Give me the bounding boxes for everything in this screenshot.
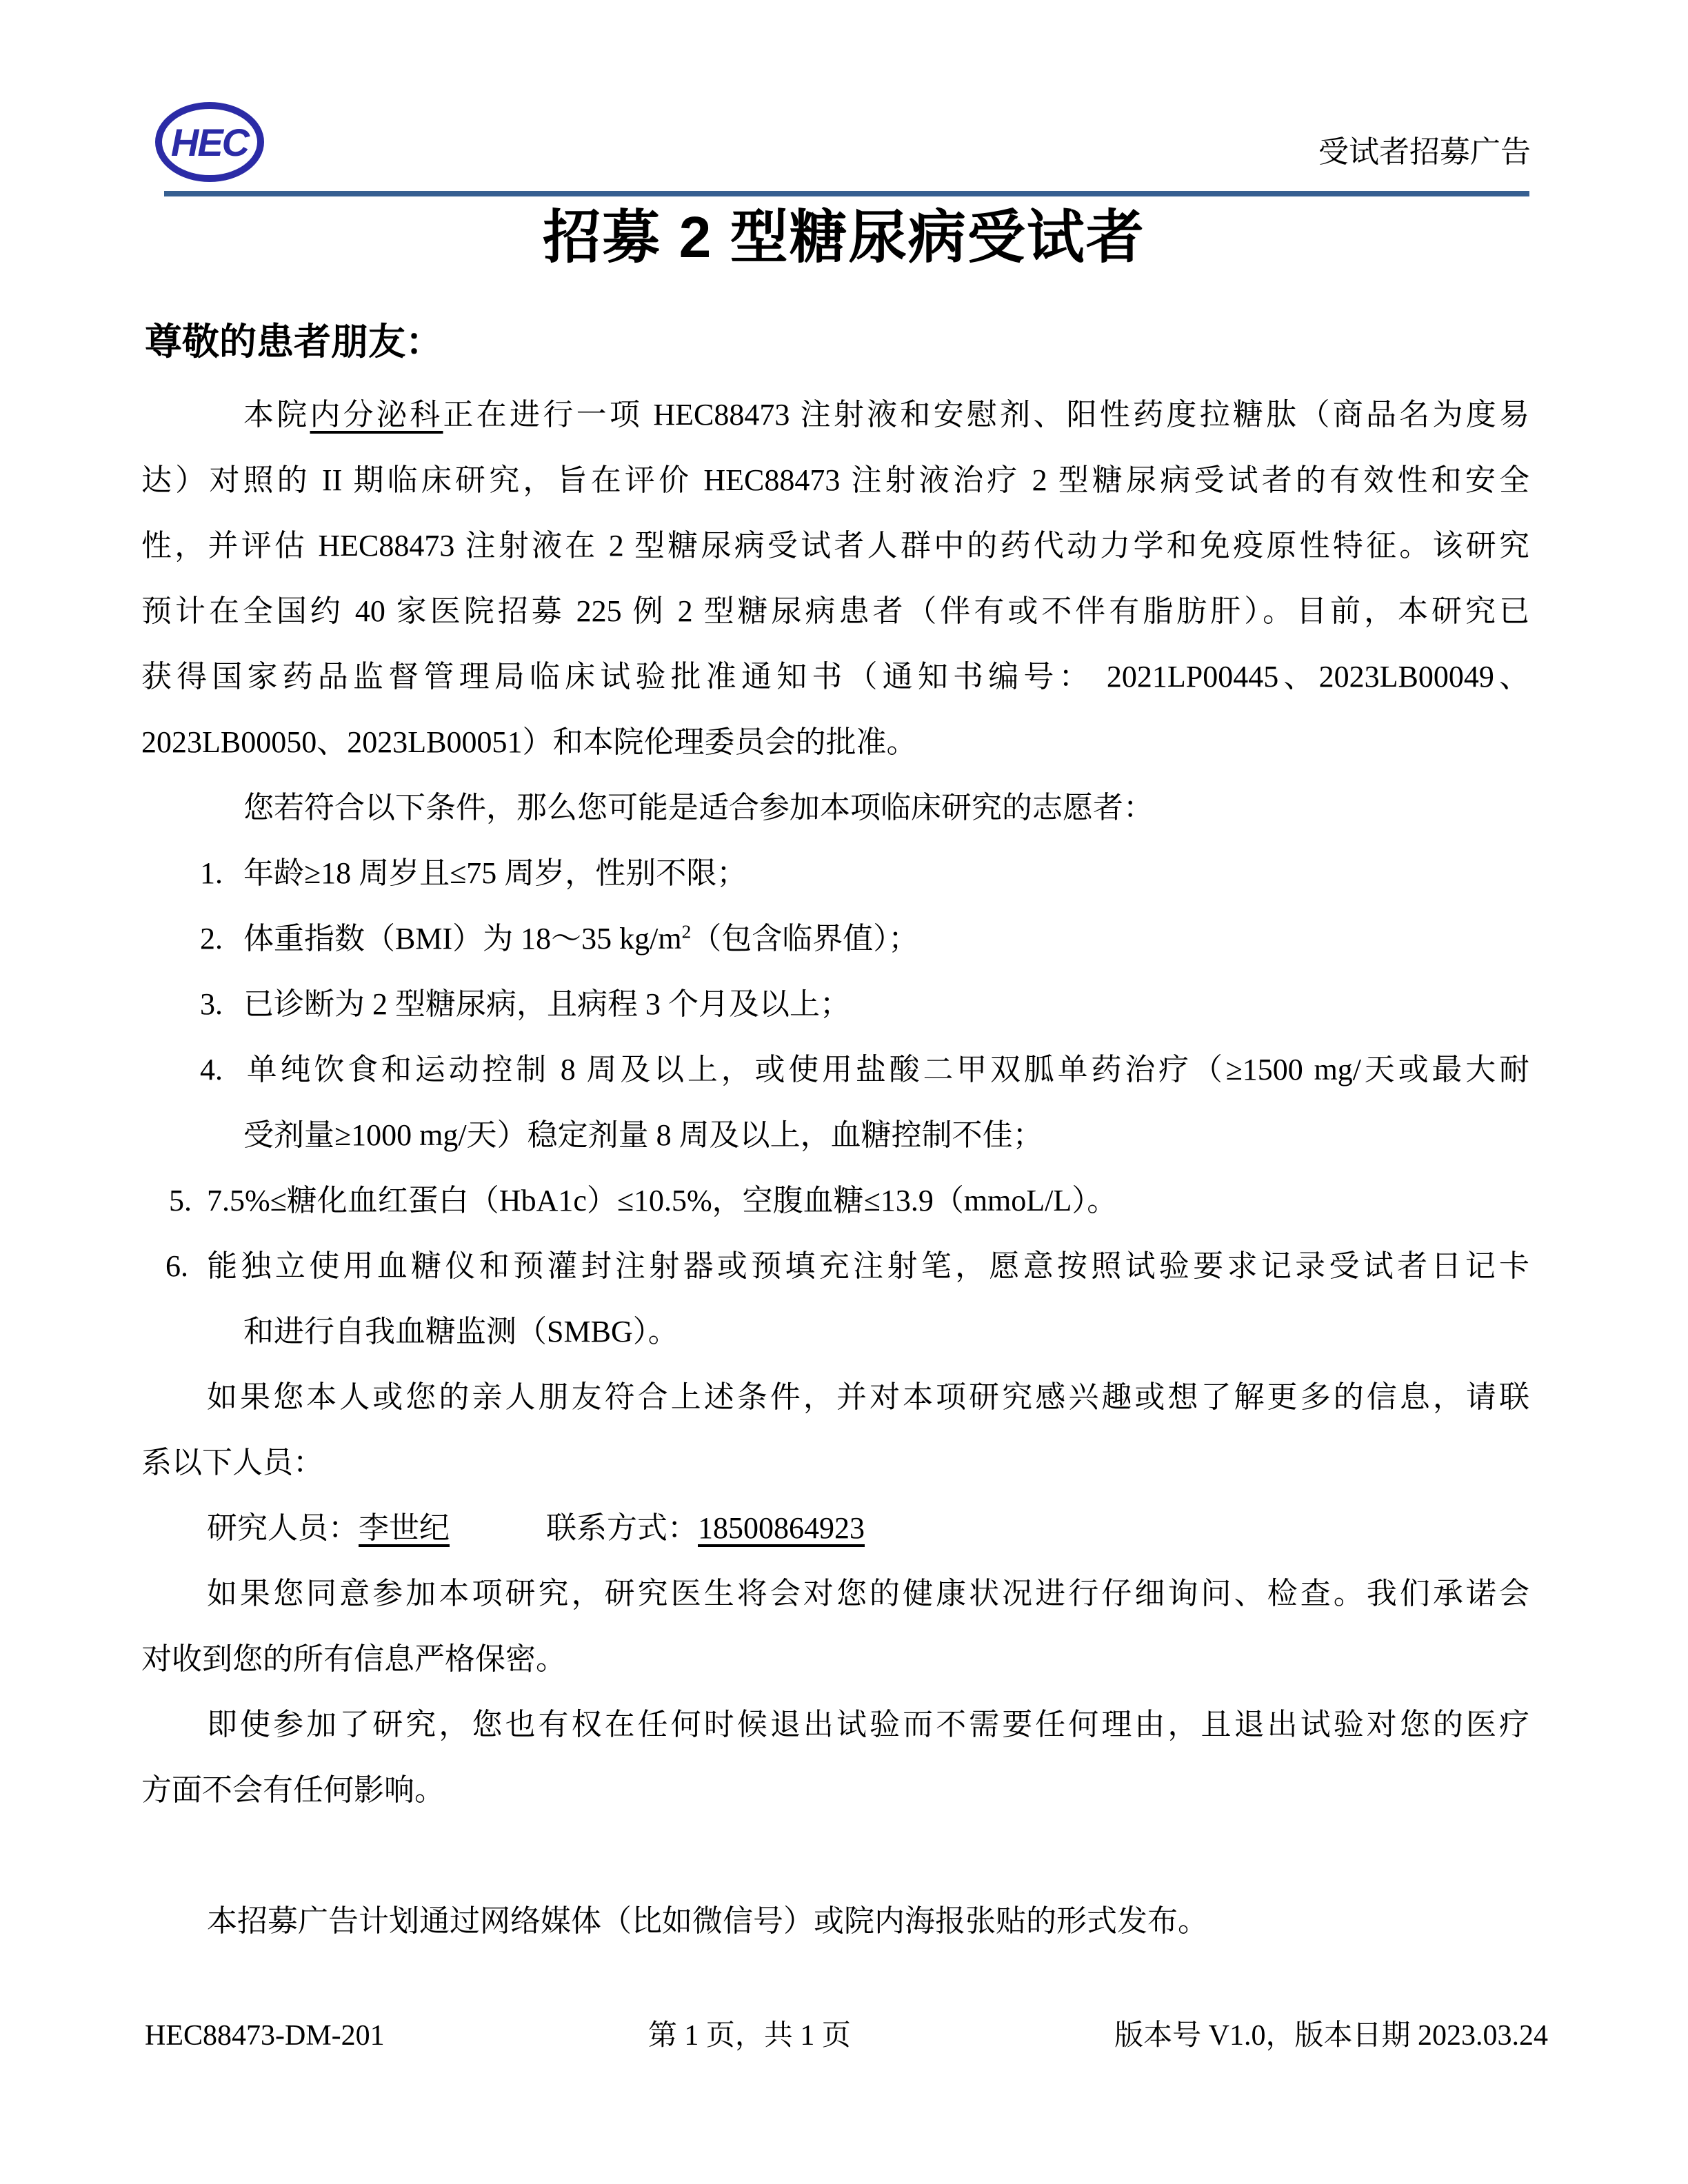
criterion-6-line-1: 6.能独立使用血糖仪和预灌封注射器或预填充注射笔，愿意按照试验要求记录受试者日记… <box>141 1233 1529 1299</box>
intro-line-1-pre: 本院 <box>243 398 310 432</box>
criterion-3-text: 已诊断为 2 型糖尿病，且病程 3 个月及以上； <box>243 987 850 1021</box>
doc-type-label: 受试者招募广告 <box>1318 135 1531 170</box>
criterion-5: 5.7.5%≤糖化血红蛋白（HbA1c）≤10.5%，空腹血糖≤13.9（mmo… <box>141 1168 1529 1233</box>
header-divider <box>164 191 1529 196</box>
document-page: HEC 受试者招募广告 招募 2 型糖尿病受试者 尊敬的患者朋友： 本院内分泌科… <box>0 0 1688 2184</box>
intro-line-3: 性，并评估 HEC88473 注射液在 2 型糖尿病受试者人群中的药代动力学和免… <box>141 513 1529 578</box>
phone-label: 联系方式： <box>546 1511 698 1545</box>
document-body: 本院内分泌科正在进行一项 HEC88473 注射液和安慰剂、阳性药度拉糖肽（商品… <box>141 382 1529 1954</box>
contact-info-line: 研究人员：李世纪联系方式：18500864923 <box>141 1495 1529 1561</box>
withdraw-para-line-1: 即使参加了研究，您也有权在任何时候退出试验而不需要任何理由，且退出试验对您的医疗 <box>141 1692 1529 1757</box>
page-footer: HEC88473-DM-201 第 1 页，共 1 页 版本号 V1.0，版本日… <box>145 2019 1548 2053</box>
intro-line-1: 本院内分泌科正在进行一项 HEC88473 注射液和安慰剂、阳性药度拉糖肽（商品… <box>141 382 1529 447</box>
criterion-1: 1.年龄≥18 周岁且≤75 周岁，性别不限； <box>141 840 1529 906</box>
intro-line-6: 2023LB00050、2023LB00051）和本院伦理委员会的批准。 <box>141 709 1529 775</box>
criterion-5-text: 7.5%≤糖化血红蛋白（HbA1c）≤10.5%，空腹血糖≤13.9（mmoL/… <box>207 1184 1117 1217</box>
page-title: 招募 2 型糖尿病受试者 <box>0 205 1688 269</box>
footer-doc-code: HEC88473-DM-201 <box>145 2019 385 2053</box>
criterion-4-number: 4. <box>200 1037 243 1102</box>
criterion-4-line-1: 4.单纯饮食和运动控制 8 周及以上，或使用盐酸二甲双胍单药治疗（≥1500 m… <box>141 1037 1529 1102</box>
criterion-6-number: 6. <box>165 1233 203 1299</box>
hec-logo: HEC <box>155 102 264 182</box>
intro-line-5: 获得国家药品监督管理局临床试验批准通知书（通知书编号： 2021LP00445、… <box>141 644 1529 709</box>
publish-para: 本招募广告计划通过网络媒体（比如微信号）或院内海报张贴的形式发布。 <box>141 1888 1529 1954</box>
consent-para-line-1: 如果您同意参加本项研究，研究医生将会对您的健康状况进行仔细询问、检查。我们承诺会 <box>141 1561 1529 1626</box>
intro-line-2: 达）对照的 II 期临床研究，旨在评价 HEC88473 注射液治疗 2 型糖尿… <box>141 447 1529 513</box>
hec-logo-text: HEC <box>171 120 248 165</box>
criterion-1-number: 1. <box>200 840 243 906</box>
criterion-5-number: 5. <box>169 1168 207 1233</box>
footer-page-info: 第 1 页，共 1 页 <box>648 2019 851 2053</box>
consent-para-line-2: 对收到您的所有信息严格保密。 <box>141 1626 1529 1692</box>
intro-line-4: 预计在全国约 40 家医院招募 225 例 2 型糖尿病患者（伴有或不伴有脂肪肝… <box>141 578 1529 644</box>
criterion-2-superscript: 2 <box>682 921 692 942</box>
criterion-3: 3.已诊断为 2 型糖尿病，且病程 3 个月及以上； <box>141 971 1529 1037</box>
criterion-2-text-pre: 体重指数（BMI）为 18～35 kg/m <box>243 922 682 956</box>
criterion-3-number: 3. <box>200 971 243 1037</box>
intro-line-1-rest: 正在进行一项 HEC88473 注射液和安慰剂、阳性药度拉糖肽（商品名为度易 <box>443 398 1529 432</box>
blank-line <box>141 1823 1529 1888</box>
researcher-name: 李世纪 <box>359 1511 450 1545</box>
department-underlined: 内分泌科 <box>310 398 443 432</box>
phone-number: 18500864923 <box>698 1511 865 1545</box>
criterion-2-text-post: （包含临界值）； <box>691 922 918 956</box>
criterion-6-text-1: 能独立使用血糖仪和预灌封注射器或预填充注射笔，愿意按照试验要求记录受试者日记卡 <box>203 1249 1529 1283</box>
conditions-intro: 您若符合以下条件，那么您可能是适合参加本项临床研究的志愿者： <box>141 775 1529 840</box>
footer-version-info: 版本号 V1.0，版本日期 2023.03.24 <box>1114 2019 1548 2053</box>
criterion-4-line-2: 受剂量≥1000 mg/天）稳定剂量 8 周及以上，血糖控制不佳； <box>141 1102 1529 1168</box>
criterion-4-text-1: 单纯饮食和运动控制 8 周及以上，或使用盐酸二甲双胍单药治疗（≥1500 mg/… <box>243 1053 1529 1086</box>
salutation-heading: 尊敬的患者朋友： <box>145 321 443 363</box>
withdraw-para-line-2: 方面不会有任何影响。 <box>141 1757 1529 1823</box>
contact-para-line-2: 系以下人员： <box>141 1430 1529 1495</box>
contact-para-line-1: 如果您本人或您的亲人朋友符合上述条件，并对本项研究感兴趣或想了解更多的信息，请联 <box>141 1364 1529 1430</box>
criterion-6-line-2: 和进行自我血糖监测（SMBG）。 <box>141 1299 1529 1364</box>
researcher-label: 研究人员： <box>207 1511 359 1545</box>
criterion-2: 2.体重指数（BMI）为 18～35 kg/m2（包含临界值）； <box>141 906 1529 971</box>
criterion-1-text: 年龄≥18 周岁且≤75 周岁，性别不限； <box>243 856 747 890</box>
criterion-2-number: 2. <box>200 906 243 971</box>
